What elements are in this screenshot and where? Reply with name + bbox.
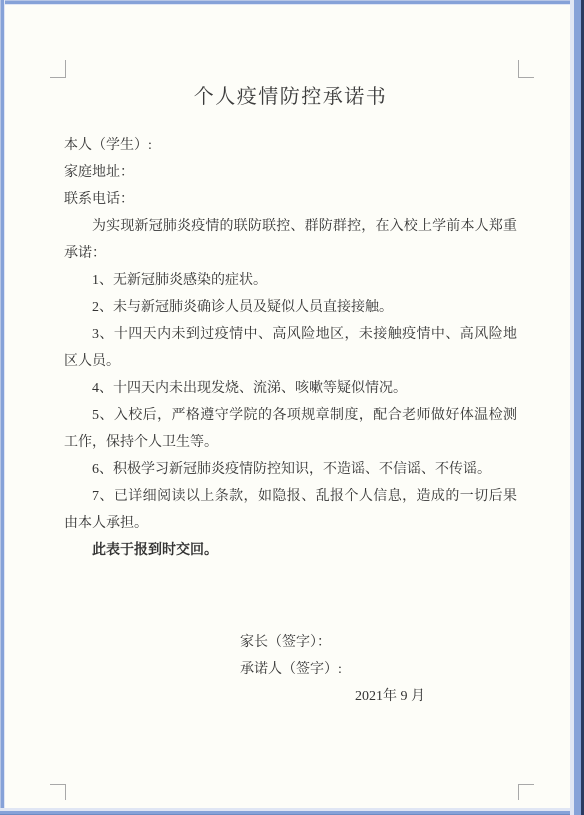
commitment-item-2: 2、未与新冠肺炎确诊人员及疑似人员直接接触。 — [64, 294, 517, 321]
commitment-item-5: 5、入校后，严格遵守学院的各项规章制度，配合老师做好体温检测工作，保持个人卫生等… — [64, 402, 517, 456]
field-contact-phone: 联系电话： — [64, 186, 517, 213]
commitment-item-4: 4、十四天内未出现发烧、流涕、咳嗽等疑似情况。 — [64, 375, 517, 402]
document-body: 个人疫情防控承诺书 本人（学生）: 家庭地址： 联系电话： 为实现新冠肺炎疫情的… — [64, 82, 517, 710]
frame-border-left — [0, 0, 5, 815]
frame-border-right — [570, 0, 584, 815]
signature-parent-line: 家长（签字）： — [240, 629, 517, 656]
commitment-item-7: 7、已详细阅读以上条款，如隐报、乱报个人信息，造成的一切后果由本人承担。 — [64, 483, 517, 537]
text-boundary-mark-top-right — [518, 60, 534, 78]
commitment-item-3: 3、十四天内未到过疫情中、高风险地区，未接触疫情中、高风险地区人员。 — [64, 321, 517, 375]
field-home-address: 家庭地址： — [64, 159, 517, 186]
return-note: 此表于报到时交回。 — [64, 537, 517, 564]
text-boundary-mark-top-left — [50, 60, 66, 78]
intro-paragraph: 为实现新冠肺炎疫情的联防联控、群防群控，在入校上学前本人郑重承诺： — [64, 213, 517, 267]
signature-block: 家长（签字）： 承诺人（签字）: 2021年 9 月 — [64, 629, 517, 710]
field-student-name: 本人（学生）: — [64, 132, 517, 159]
signature-promisor-line: 承诺人（签字）: — [240, 656, 517, 683]
text-boundary-mark-bottom-right — [518, 784, 534, 800]
frame-border-top — [0, 0, 584, 5]
document-page: 个人疫情防控承诺书 本人（学生）: 家庭地址： 联系电话： 为实现新冠肺炎疫情的… — [0, 0, 584, 815]
commitment-item-6: 6、积极学习新冠肺炎疫情防控知识，不造谣、不信谣、不传谣。 — [64, 456, 517, 483]
text-boundary-mark-bottom-left — [50, 784, 66, 800]
document-title: 个人疫情防控承诺书 — [64, 82, 517, 112]
date-line: 2021年 9 月 — [355, 683, 517, 710]
frame-border-bottom — [0, 808, 584, 815]
commitment-item-1: 1、无新冠肺炎感染的症状。 — [64, 267, 517, 294]
